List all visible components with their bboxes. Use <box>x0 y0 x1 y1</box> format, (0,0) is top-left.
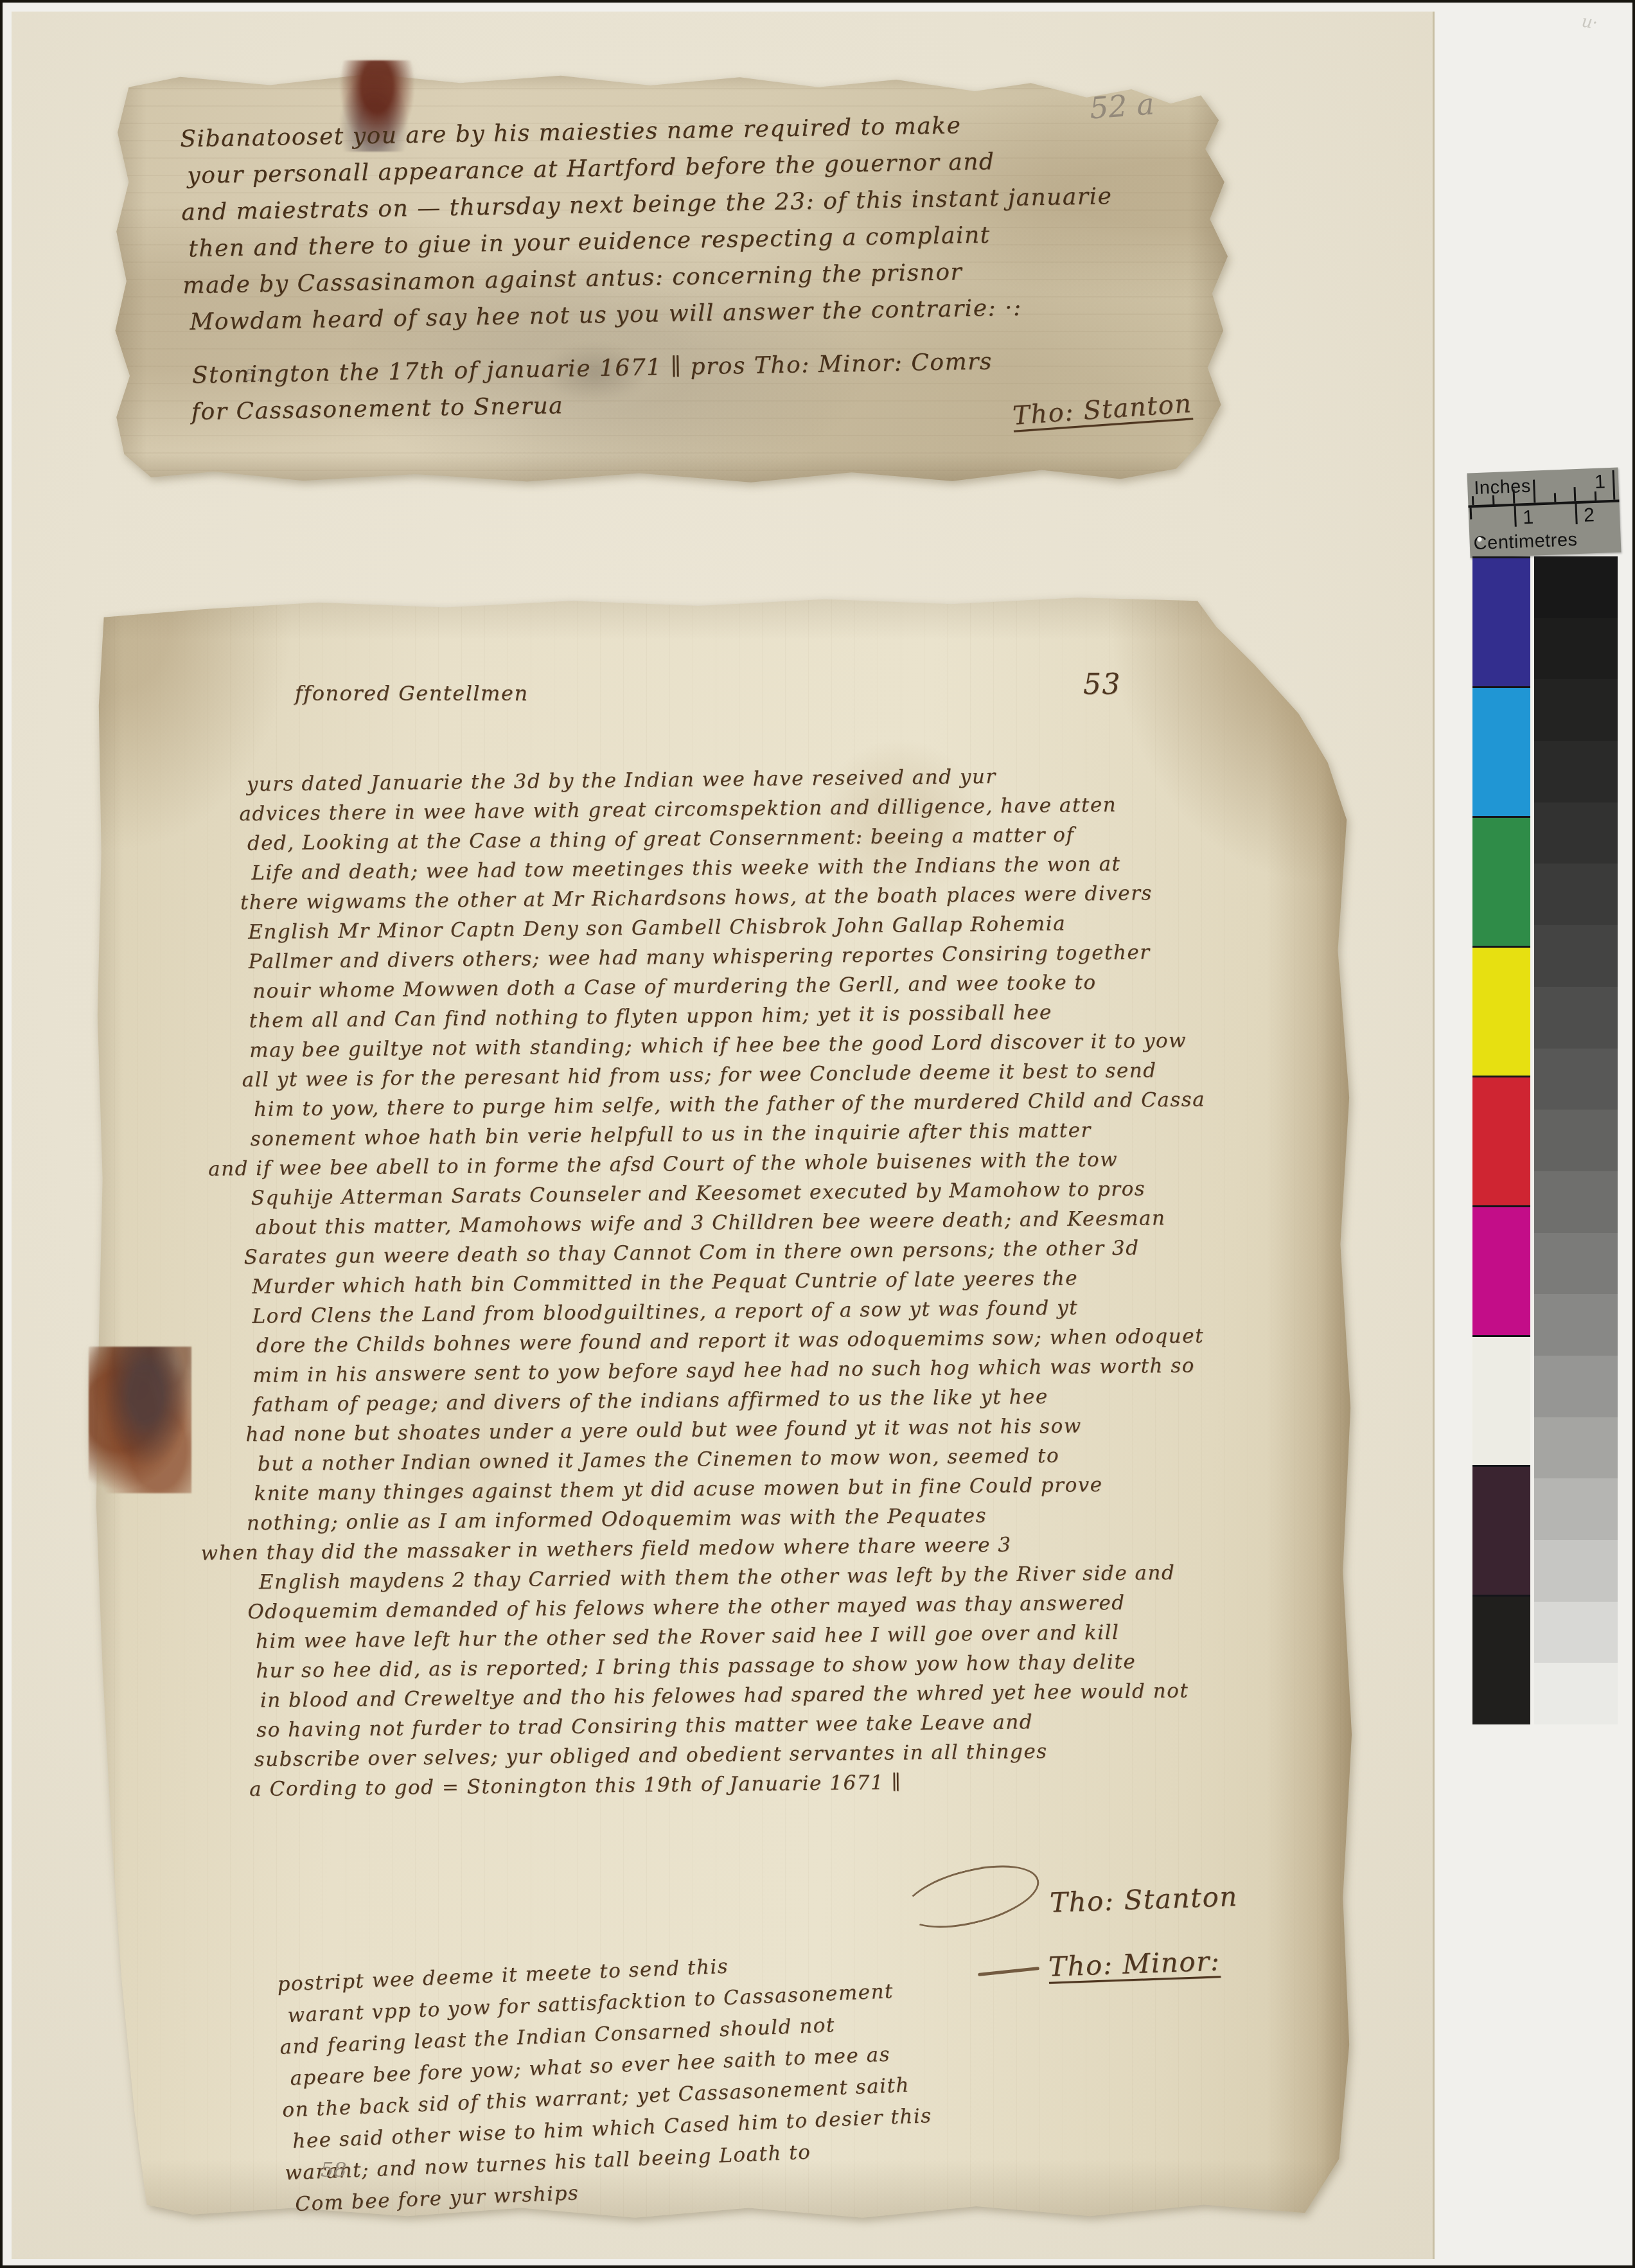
grayscale-step <box>1534 802 1618 864</box>
corner-annotation: u· <box>1580 12 1599 33</box>
grayscale-step <box>1534 1171 1618 1233</box>
grayscale-step <box>1534 679 1618 741</box>
color-patch <box>1472 816 1530 946</box>
grayscale-step <box>1534 925 1618 987</box>
grayscale-step <box>1534 741 1618 802</box>
grayscale-step <box>1534 1663 1618 1724</box>
ink-page-number: 53 <box>1083 668 1121 701</box>
inch-1-label: 1 <box>1595 471 1606 493</box>
grayscale-step <box>1534 1233 1618 1295</box>
pencil-small-number: 58 <box>321 2157 347 2182</box>
grayscale-step <box>1534 618 1618 680</box>
color-patch <box>1472 1076 1530 1205</box>
warrant-text: Sibanatooset you are by his maiesties na… <box>186 103 1232 430</box>
grayscale-step <box>1534 1540 1618 1602</box>
grayscale-step <box>1534 864 1618 925</box>
color-patch <box>1472 1595 1530 1724</box>
color-patch <box>1472 1465 1530 1595</box>
manuscript-letter-page: 53 ffonored Gentellmen yurs dated Januar… <box>91 591 1356 2224</box>
postscript: postript wee deeme it meete to send this… <box>286 1938 1066 2220</box>
grayscale-step <box>1534 1417 1618 1479</box>
grayscale-column <box>1534 556 1618 1724</box>
signature-stanton: Tho: Stanton <box>1049 1881 1238 1918</box>
grayscale-step <box>1534 1294 1618 1356</box>
cm-2-label: 2 <box>1584 504 1595 527</box>
grayscale-step <box>1534 1110 1618 1171</box>
grayscale-step <box>1534 987 1618 1049</box>
grayscale-step <box>1534 1602 1618 1663</box>
scale-line <box>1468 500 1619 508</box>
color-patch <box>1472 946 1530 1076</box>
archival-photograph: 52 a 57 Sibanatooset you are by his maie… <box>0 0 1635 2268</box>
letter-body: yurs dated Januarie the 3d by the Indian… <box>182 759 1298 1805</box>
cm-1-label: 1 <box>1523 507 1534 529</box>
inches-label: Inches <box>1474 476 1532 499</box>
salutation: ffonored Gentellmen <box>295 681 528 705</box>
centimetres-label: Centimetres <box>1473 529 1578 554</box>
color-patch <box>1472 686 1530 816</box>
grayscale-step <box>1534 556 1618 618</box>
grayscale-step <box>1534 1049 1618 1110</box>
inch-scale: 1 <box>1467 468 1618 474</box>
grayscale-step <box>1534 1478 1618 1540</box>
color-patch-column <box>1472 556 1530 1724</box>
grayscale-step <box>1534 1356 1618 1417</box>
color-patch <box>1472 556 1530 686</box>
color-calibration-target: Inches 1 1 2 Centimetres <box>1469 470 1620 1728</box>
ruler-chip: Inches 1 1 2 Centimetres <box>1467 468 1622 558</box>
color-patch <box>1472 1205 1530 1335</box>
color-patch <box>1472 1335 1530 1465</box>
signature-minor: Tho: Minor: <box>1048 1945 1221 1982</box>
manuscript-fragment-top: 52 a 57 Sibanatooset you are by his maie… <box>113 71 1232 483</box>
